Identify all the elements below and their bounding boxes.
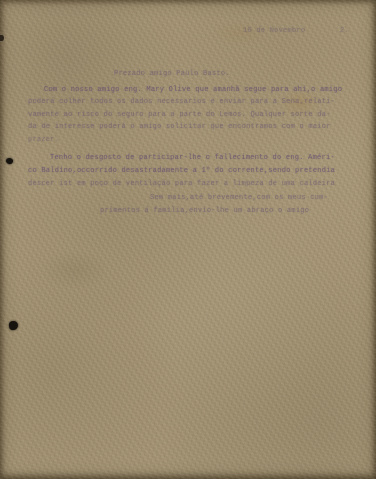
salutation-line: Prezado amigo Paulo Basto. xyxy=(114,71,230,78)
letter-line: Tenho o desgosto de participar-lhe o fal… xyxy=(50,155,335,162)
letter-line: vamente ao risco do seguro para a parte … xyxy=(28,112,331,119)
letter-line: Com o nosso amigo eng. Mary Olive que am… xyxy=(44,87,342,94)
letter-line: da de interesse poderá o amigo solicitar… xyxy=(28,124,331,131)
punch-hole-bottom xyxy=(8,320,18,330)
letter-line: descer ist em poço de ventilação para fa… xyxy=(28,181,335,188)
scanned-letter-page: 16 de Novembro 2. Prezado amigo Paulo Ba… xyxy=(0,0,376,479)
punch-hole-top xyxy=(5,157,13,165)
paper-stain xyxy=(40,250,110,290)
letter-date: 16 de Novembro xyxy=(243,28,305,35)
paper-edge-mark xyxy=(0,35,4,41)
closing-line: Sem mais,até brevemente,com os meus cum- xyxy=(150,195,328,202)
page-number: 2. xyxy=(340,28,349,35)
letter-line: prazer. xyxy=(28,137,59,144)
letter-line: co Baldino,occorrido desastradamente a 1… xyxy=(28,168,335,175)
closing-line: primentos á familia,envio-lhe um abraço … xyxy=(100,208,309,215)
letter-line: poderá colher todos os dados necessarios… xyxy=(28,99,335,106)
